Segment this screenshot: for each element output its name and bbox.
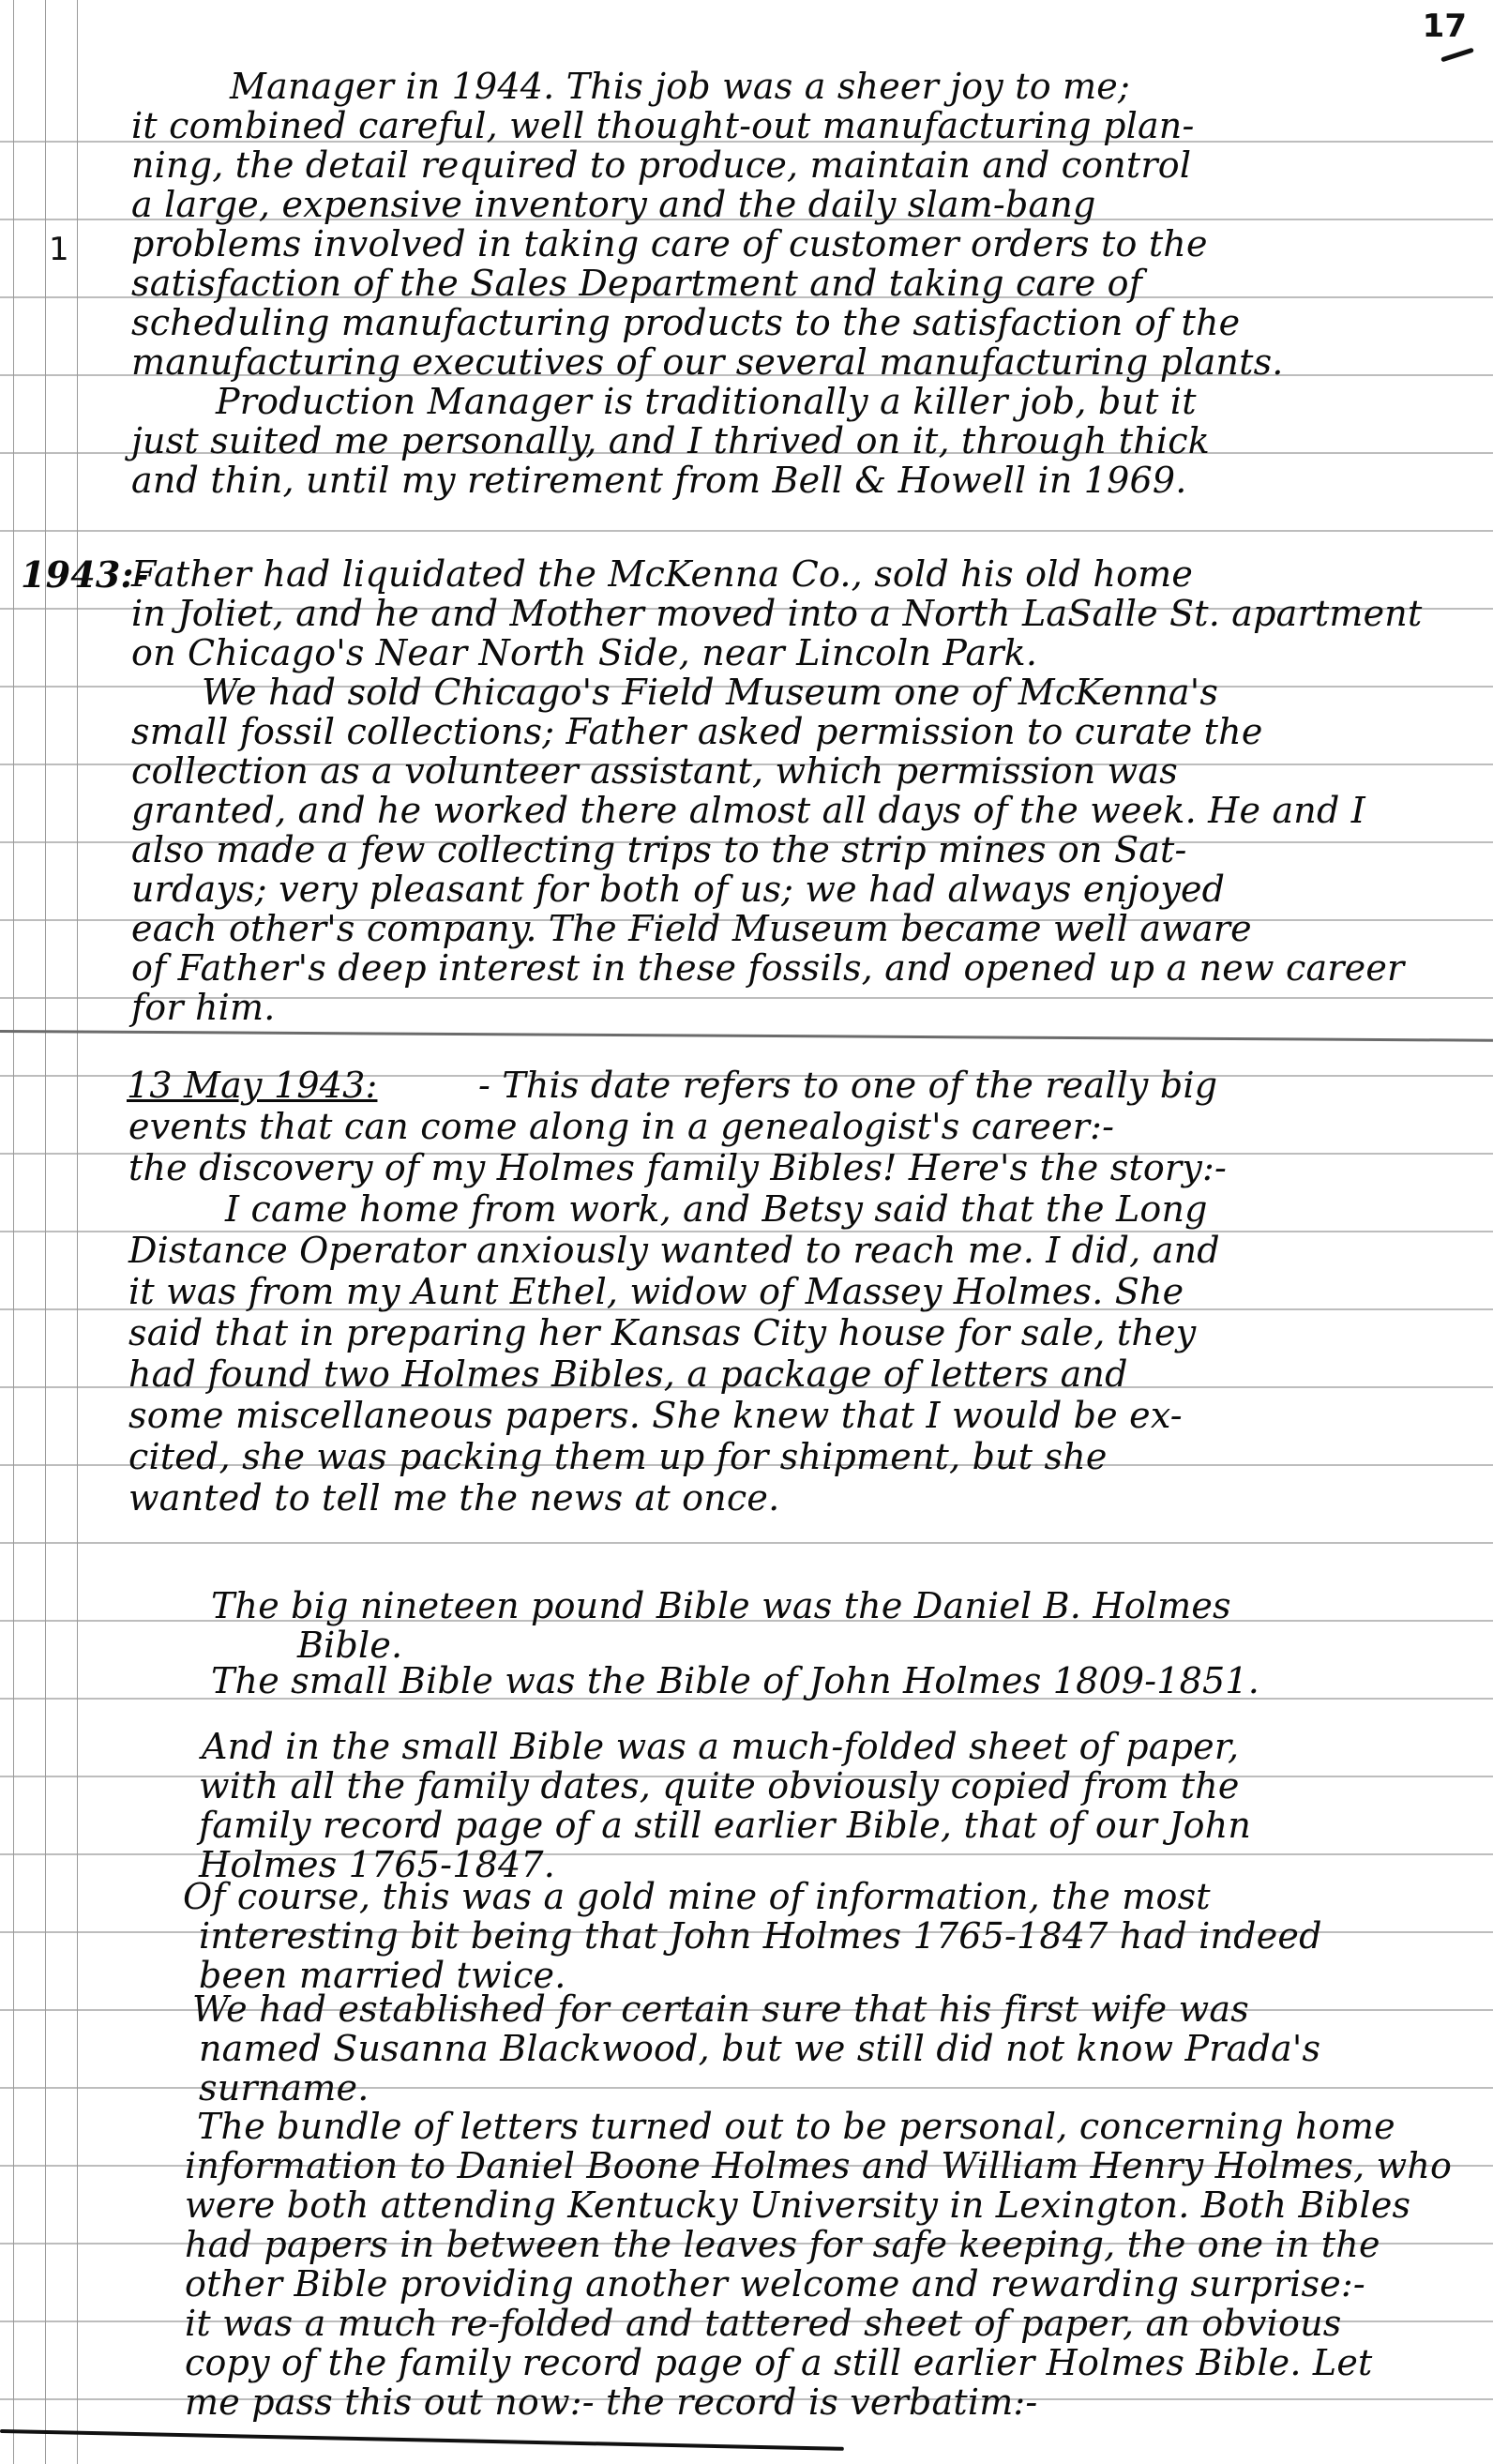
margin-line-inner xyxy=(77,0,78,2464)
text-line: of Father's deep interest in these fossi… xyxy=(131,947,1404,989)
text-line: said that in preparing her Kansas City h… xyxy=(128,1312,1196,1353)
text-line: I came home from work, and Betsy said th… xyxy=(225,1188,1208,1230)
text-line: family record page of a still earlier Bi… xyxy=(199,1805,1251,1846)
text-line: it combined careful, well thought-out ma… xyxy=(131,105,1195,146)
text-line: - This date refers to one of the really … xyxy=(478,1065,1217,1106)
text-line: We had established for certain sure that… xyxy=(192,1988,1249,2030)
text-line: also made a few collecting trips to the … xyxy=(131,829,1187,870)
text-line: events that can come along in a genealog… xyxy=(128,1106,1114,1147)
text-line: collection as a volunteer assistant, whi… xyxy=(131,750,1178,792)
text-line: And in the small Bible was a much-folded… xyxy=(202,1726,1239,1767)
text-line: scheduling manufacturing products to the… xyxy=(131,302,1240,343)
ruled-line xyxy=(0,530,1493,532)
text-line: Manager in 1944. This job was a sheer jo… xyxy=(230,66,1130,107)
margin-line-left xyxy=(45,0,46,2464)
text-line: it was a much re-folded and tattered she… xyxy=(185,2303,1341,2344)
text-line: just suited me personally, and I thrived… xyxy=(131,420,1210,461)
text-line: surname. xyxy=(199,2067,369,2109)
text-line: and thin, until my retirement from Bell … xyxy=(131,460,1187,501)
text-line: information to Daniel Boone Holmes and W… xyxy=(185,2145,1452,2186)
text-line: in Joliet, and he and Mother moved into … xyxy=(131,593,1422,634)
entry-date-label: 1943:- xyxy=(21,553,149,596)
text-line: with all the family dates, quite obvious… xyxy=(199,1765,1240,1806)
text-line: interesting bit being that John Holmes 1… xyxy=(199,1915,1322,1957)
text-line: Father had liquidated the McKenna Co., s… xyxy=(131,553,1193,595)
text-line: each other's company. The Field Museum b… xyxy=(131,908,1252,949)
text-line: ning, the detail required to produce, ma… xyxy=(131,144,1191,186)
text-line: for him. xyxy=(131,987,276,1028)
text-line: We had sold Chicago's Field Museum one o… xyxy=(202,672,1218,713)
text-line: had found two Holmes Bibles, a package o… xyxy=(128,1353,1128,1395)
text-line: on Chicago's Near North Side, near Linco… xyxy=(131,632,1037,673)
text-line: urdays; very pleasant for both of us; we… xyxy=(131,869,1225,910)
text-line: were both attending Kentucky University … xyxy=(185,2184,1410,2226)
text-line: small fossil collections; Father asked p… xyxy=(131,711,1263,752)
text-line: Distance Operator anxiously wanted to re… xyxy=(128,1230,1220,1271)
text-line: cited, she was packing them up for shipm… xyxy=(128,1436,1108,1477)
text-line: Production Manager is traditionally a ki… xyxy=(216,381,1197,422)
margin-line-outer xyxy=(13,0,14,2464)
text-line: the discovery of my Holmes family Bibles… xyxy=(128,1147,1227,1188)
text-line: The bundle of letters turned out to be p… xyxy=(197,2106,1395,2147)
text-line: it was from my Aunt Ethel, widow of Mass… xyxy=(128,1271,1184,1312)
margin-annotation: 1 xyxy=(49,231,69,268)
text-line: named Susanna Blackwood, but we still di… xyxy=(199,2028,1320,2069)
text-line: other Bible providing another welcome an… xyxy=(185,2263,1365,2305)
text-line: Of course, this was a gold mine of infor… xyxy=(183,1876,1211,1917)
text-line: problems involved in taking care of cust… xyxy=(131,223,1208,265)
text-line: a large, expensive inventory and the dai… xyxy=(131,184,1096,225)
text-line: me pass this out now:- the record is ver… xyxy=(185,2381,1037,2423)
text-line: granted, and he worked there almost all … xyxy=(131,790,1365,831)
text-line: satisfaction of the Sales Department and… xyxy=(131,263,1142,304)
text-line: had papers in between the leaves for saf… xyxy=(185,2224,1380,2265)
entry-date-label: 13 May 1943: xyxy=(127,1065,377,1106)
text-line: some miscellaneous papers. She knew that… xyxy=(128,1395,1183,1436)
text-line: The big nineteen pound Bible was the Dan… xyxy=(211,1585,1231,1626)
text-line: manufacturing executives of our several … xyxy=(131,341,1284,383)
text-line: wanted to tell me the news at once. xyxy=(128,1477,779,1519)
page-number: 17 xyxy=(1423,8,1467,45)
text-line: copy of the family record page of a stil… xyxy=(185,2342,1373,2383)
ruled-line xyxy=(0,1542,1493,1544)
text-line: The small Bible was the Bible of John Ho… xyxy=(211,1660,1259,1701)
